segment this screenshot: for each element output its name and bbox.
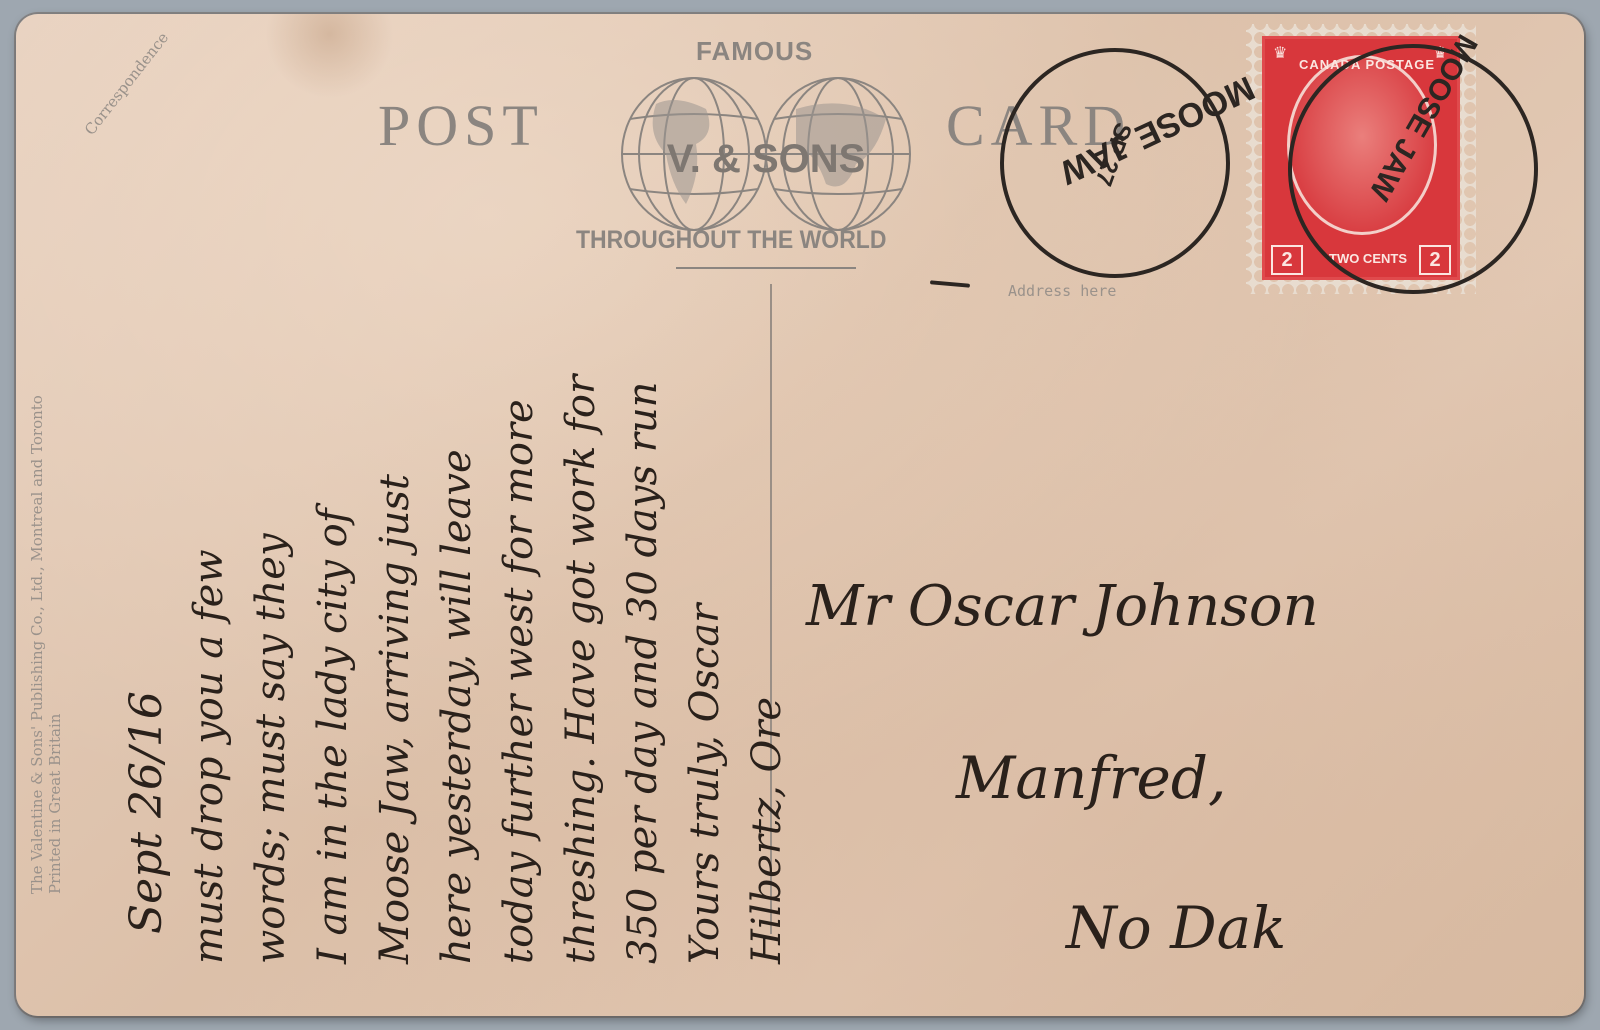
address-here-label: Address here — [1008, 282, 1116, 300]
handwritten-message: Sept 26/16 must drop you a few words; mu… — [116, 64, 798, 964]
imprint-line-1: The Valentine & Sons' Publishing Co., Lt… — [28, 395, 46, 894]
recipient-city: Manfred, — [956, 744, 1226, 812]
message-line: I am in the lady city of — [302, 64, 364, 964]
crown-icon: ♛ — [1273, 43, 1293, 57]
message-line: 350 per day and 30 days run — [612, 64, 674, 964]
message-line: Yours truly, Oscar — [674, 64, 736, 964]
postmark-circle — [1288, 44, 1538, 294]
message-date: Sept 26/16 — [116, 64, 178, 964]
stamp-value-left: 2 — [1271, 245, 1303, 275]
message-line: Moose Jaw, arriving just — [364, 64, 426, 964]
message-line: here yesterday, will leave — [426, 64, 488, 964]
recipient-name: Mr Oscar Johnson — [806, 574, 1319, 639]
imprint-line-2: Printed in Great Britain — [46, 395, 64, 894]
recipient-state: No Dak — [1066, 894, 1286, 962]
brand-top-text: FAMOUS — [696, 36, 813, 67]
message-line: threshing. Have got work for — [550, 64, 612, 964]
message-line: must drop you a few — [178, 64, 240, 964]
message-line: today further west for more — [488, 64, 550, 964]
publisher-imprint: The Valentine & Sons' Publishing Co., Lt… — [28, 395, 64, 894]
message-line: Hilbertz, Ore — [736, 64, 798, 964]
message-line: words; must say they — [240, 64, 302, 964]
